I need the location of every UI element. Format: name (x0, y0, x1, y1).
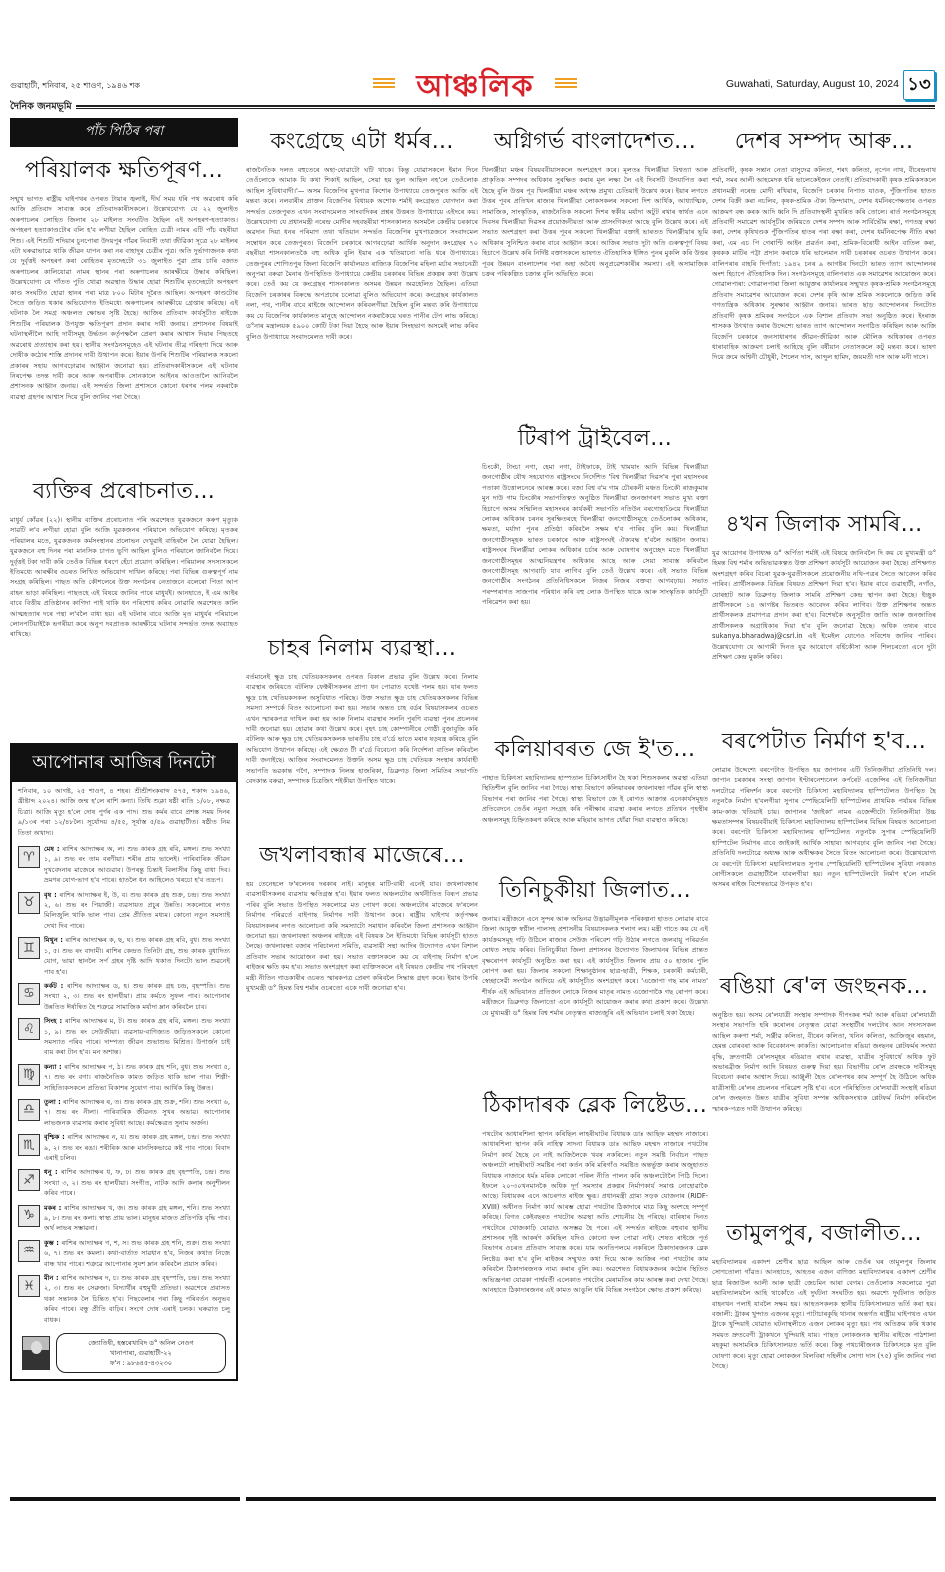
article-four-districts: ৪খন জিলাক সামৰি... যুৱ আয়োগৰ উপাধ্যক্ষ … (712, 507, 936, 718)
sign-name: কন্যা (44, 1063, 56, 1071)
sign-reading: ৰাশিৰ আদ্যাক্ষৰ ৰ, ত। শুভ কাৰক গ্ৰহ শুক্… (44, 1098, 230, 1127)
article-nation-wealth: দেশৰ সম্পদ আৰু... প্ৰতিবাদী, কৃষক সন্তান… (712, 124, 936, 501)
sign-reading: ৰাশিৰ আদ্যাক্ষৰ গ, শ, স। শুভ কাৰক গ্ৰহ শ… (44, 1239, 230, 1268)
sign-text: কৰ্কট : ৰাশিৰ আদ্যাক্ষৰ ড, হ। শুভ কাৰক গ… (44, 981, 230, 1012)
astrologer-address: খানাপাৰা, গুৱাহাটী-২২ (61, 1348, 221, 1358)
article-bangladesh: অগ্নিগৰ্ভ বাংলাদেশত... খিলঞ্জীয়া মঞ্চৰ … (482, 124, 708, 415)
scales-icon: ♎ (18, 1099, 40, 1121)
logo-text: আঞ্চলিক (416, 69, 533, 104)
horoscope-sign: ♐ধনু : ৰাশিৰ আদ্যাক্ষৰ ধ, ফ, ঢ। শুভ কাৰক… (12, 1165, 236, 1200)
horoscope-sign: ♎তুলা : ৰাশিৰ আদ্যাক্ষৰ ৰ, ত। শুভ কাৰক গ… (12, 1095, 236, 1130)
horoscope-sign: ♌সিংহ : ৰাশিৰ আদ্যাক্ষৰ ম, ট। শুভ কাৰক গ… (12, 1014, 236, 1060)
article-congress: কংগ্ৰেছে এটা ধৰ্মৰ... ৰাজনৈতিক দলত বহুতে… (246, 124, 478, 625)
bottom-rule-left (10, 1497, 240, 1501)
article-body: পাহাত চিকিৎসা মহাবিদ্যালয় হাস্পতাল চিকি… (482, 773, 708, 867)
article-body: প্ৰতিবাদী, কৃষক সন্তান নেতা বাসুদেৱ কলিত… (712, 165, 936, 501)
sign-name: মেষ (44, 845, 54, 853)
ram-icon: ♈ (18, 846, 40, 868)
headline: টিৰাপ ট্ৰাইবেল... (482, 421, 708, 458)
masthead: গুৱাহাটী, শনিবাৰ, ২৫ শাওণ, ১৯৪৬ শক আঞ্চল… (10, 70, 935, 112)
sign-name: মিথুন (44, 936, 58, 944)
column-4: দেশৰ সম্পদ আৰু... প্ৰতিবাদী, কৃষক সন্তান… (712, 118, 936, 1483)
sign-reading: ৰাশিৰ আদ্যাক্ষৰ ড, হ। শুভ কাৰক গ্ৰহ চন্দ… (44, 982, 230, 1011)
headline: চাহৰ নিলাম ব্যৱস্থা... (246, 631, 478, 668)
page-number: ১৩ (903, 70, 935, 100)
sign-name: মকৰ (44, 1204, 56, 1212)
brand-divider (10, 105, 935, 109)
brand-name: দৈনিক জনমভূমি (10, 100, 76, 115)
headline: কলিয়াবৰত জে ই'ত... (482, 732, 708, 769)
sign-text: মীন : ৰাশিৰ আদ্যাক্ষৰ দ, চ। শুভ কাৰক গ্ৰ… (44, 1273, 230, 1325)
article-body: চিংকৌ, টাংচা নগা, হেমা নগা, টাইফাকে, টাই… (482, 462, 708, 726)
astrologer-phone: ফ'ন : ৯৮৬৪৫-৪৩২৩০ (61, 1358, 221, 1368)
horoscope-sign: ♋কৰ্কট : ৰাশিৰ আদ্যাক্ষৰ ড, হ। শুভ কাৰক … (12, 979, 236, 1014)
headline: অগ্নিগৰ্ভ বাংলাদেশত... (482, 124, 708, 161)
sign-reading: ৰাশিৰ আদ্যাক্ষৰ খ, জ। শুভ কাৰক গ্ৰহ মঙ্গ… (44, 1204, 230, 1233)
article-body: মাধুৰ্য কোঁৱৰ (২২)। স্থানীয় ব্যক্তিৰ প্… (10, 515, 238, 735)
sign-text: মকৰ : ৰাশিৰ আদ্যাক্ষৰ খ, জ। শুভ কাৰক গ্ৰ… (44, 1203, 230, 1234)
horoscope-sign: ♍কন্যা : ৰাশিৰ আদ্যাক্ষৰ প, ঠ। শুভ কাৰক … (12, 1060, 236, 1095)
sign-text: বৃশ্চিক : ৰাশিৰ আদ্যাক্ষৰ ন, য। শুভ কাৰক… (44, 1132, 230, 1163)
horoscope-intro: শনিবাৰ, ১০ আগষ্ট, ২৫ শাওণ, ৪ শহৰ। শ্ৰীশ্… (12, 782, 236, 842)
headline: দেশৰ সম্পদ আৰু... (712, 124, 936, 161)
headline: জখলাবন্ধাৰ মাজেৰে... (246, 838, 478, 875)
horoscope-sign: ♊মিথুন : ৰাশিৰ আদ্যাক্ষৰ ক, ছ, ঘ। শুভ কা… (12, 933, 236, 979)
sign-reading: ৰাশিৰ আদ্যাক্ষৰ ই, উ, ব। শুভ কাৰক গ্ৰহ শ… (44, 891, 230, 930)
sign-reading: ৰাশিৰ আদ্যাক্ষৰ প, ঠ। শুভ কাৰক গ্ৰহ শনি,… (44, 1063, 230, 1092)
water-bearer-icon: ♒ (18, 1240, 40, 1262)
logo-left-bars-icon (373, 78, 395, 88)
archer-icon: ♐ (18, 1169, 40, 1191)
headline: ৪খন জিলাক সামৰি... (712, 507, 936, 544)
horoscope-sign: ♉বৃষ : ৰাশিৰ আদ্যাক্ষৰ ই, উ, ব। শুভ কাৰক… (12, 888, 236, 934)
article-body: খিলঞ্জীয়া মঞ্চৰ বিষয়ববীয়াসকলে অংশগ্ৰহ… (482, 165, 708, 415)
scorpion-icon: ♏ (18, 1134, 40, 1156)
article-kaliabor-je: কলিয়াবৰত জে ই'ত... পাহাত চিকিৎসা মহাবিদ… (482, 732, 708, 867)
horoscope-sign: ♏বৃশ্চিক : ৰাশিৰ আদ্যাক্ষৰ ন, য। শুভ কাৰ… (12, 1130, 236, 1165)
logo-right-bars-icon (555, 78, 577, 88)
headline: তামুলপুৰ, বজালীত... (712, 1216, 936, 1253)
article-compensation: পৰিয়ালক ক্ষতিপূৰণ... সন্মুখ ভাগত ৰাষ্ট্… (10, 153, 238, 468)
article-body: ৰাজনৈতিক দলত বহুতেৰে অহা-যোৱাটো ঘটি থাকে… (246, 165, 478, 625)
sign-reading: ৰাশিৰ আদ্যাক্ষৰ ক, ছ, ঘ। শুভ কাৰক গ্ৰহ ৰ… (44, 936, 230, 975)
date-english: Guwahati, Saturday, August 10, 2024 (726, 78, 899, 90)
sign-reading: ৰাশিৰ আদ্যাক্ষৰ দ, চ। শুভ কাৰক গ্ৰহ বৃহস… (44, 1274, 230, 1324)
headline: ব্যক্তিৰ প্ৰৰোচনাত... (10, 474, 238, 511)
astrologer-card: জ্যোতিষী, হস্তৰেখাবিদ ড° অনিল নেওগ খানাপ… (56, 1333, 226, 1373)
maiden-icon: ♍ (18, 1064, 40, 1086)
column-3: অগ্নিগৰ্ভ বাংলাদেশত... খিলঞ্জীয়া মঞ্চৰ … (482, 118, 708, 1429)
sign-name: কুম্ভ (44, 1239, 54, 1247)
sign-name: কৰ্কট (44, 982, 57, 990)
date-local: গুৱাহাটী, শনিবাৰ, ২৫ শাওণ, ১৯৪৬ শক (10, 80, 140, 93)
brand-line: দৈনিক জনমভূমি (10, 100, 935, 114)
sign-text: কুম্ভ : ৰাশিৰ আদ্যাক্ষৰ গ, শ, স। শুভ কাৰ… (44, 1238, 230, 1269)
astrologer-photo (22, 1336, 50, 1370)
article-tirap-tribal: টিৰাপ ট্ৰাইবেল... চিংকৌ, টাংচা নগা, হেমা… (482, 421, 708, 726)
horoscope-title: আপোনাৰ আজিৰ দিনটো (12, 745, 236, 782)
horoscope-sign: ♒কুম্ভ : ৰাশিৰ আদ্যাক্ষৰ গ, শ, স। শুভ কা… (12, 1236, 236, 1271)
article-body: পথটোৰ আধাৰশিলা স্থাপন কৰিছিল লাহৰীঘাটৰ ব… (482, 1129, 708, 1429)
article-body: অনুষ্ঠিত হয়। অসম ৰে'লযাত্ৰী সংস্থাৰ সম্… (712, 1010, 936, 1210)
headline: পৰিয়ালক ক্ষতিপূৰণ... (10, 153, 238, 190)
sign-text: কন্যা : ৰাশিৰ আদ্যাক্ষৰ প, ঠ। শুভ কাৰক গ… (44, 1062, 230, 1093)
bull-icon: ♉ (18, 892, 40, 914)
headline: তিনিচুকীয়া জিলাত... (482, 873, 708, 910)
article-body: হয় তেনেহলে ফ'ৰলেনৰ দৰকাৰ নাই। মানুহৰ মা… (246, 879, 478, 1519)
article-body: সন্মুখ ভাগত ৰাষ্ট্ৰীয় ঘাইপথৰ ওপৰত টায়া… (10, 194, 238, 468)
headline: ঠিকাদাৰক ব্লেক লিষ্টেড... (482, 1088, 708, 1125)
column-2: কংগ্ৰেছে এটা ধৰ্মৰ... ৰাজনৈতিক দলত বহুতে… (246, 118, 478, 1519)
article-instigation: ব্যক্তিৰ প্ৰৰোচনাত... মাধুৰ্য কোঁৱৰ (২২)… (10, 474, 238, 735)
sign-text: ধনু : ৰাশিৰ আদ্যাক্ষৰ ধ, ফ, ঢ। শুভ কাৰক … (44, 1167, 230, 1198)
astrologer-credit: জ্যোতিষী, হস্তৰেখাবিদ ড° অনিল নেওগ খানাপ… (12, 1327, 236, 1373)
sign-reading: ৰাশিৰ আদ্যাক্ষৰ ন, য। শুভ কাৰক গ্ৰহ মঙ্গ… (44, 1133, 230, 1162)
article-rangia-junction: ৰঙিয়া ৰে'ল জংছনক... অনুষ্ঠিত হয়। অসম ৰ… (712, 969, 936, 1210)
sign-text: বৃষ : ৰাশিৰ আদ্যাক্ষৰ ই, উ, ব। শুভ কাৰক … (44, 890, 230, 932)
article-body: বৰ্তমানেই ক্ষুদ্ৰ চাহ খেতিয়কসকলৰ ওপৰত ব… (246, 672, 478, 832)
sign-reading: ৰাশিৰ আদ্যাক্ষৰ ধ, ফ, ঢ। শুভ কাৰক গ্ৰহ ব… (44, 1168, 230, 1197)
goat-icon: ♑ (18, 1205, 40, 1227)
sign-text: মিথুন : ৰাশিৰ আদ্যাক্ষৰ ক, ছ, ঘ। শুভ কাৰ… (44, 935, 230, 977)
bottom-rule-right (246, 1497, 936, 1501)
sign-name: ধনু (44, 1168, 52, 1176)
sign-reading: ৰাশিৰ আদ্যাক্ষৰ ম, ট। শুভ কাৰক গ্ৰহ ৰবি,… (44, 1017, 230, 1056)
horoscope-sign: ♓মীন : ৰাশিৰ আদ্যাক্ষৰ দ, চ। শুভ কাৰক গ্… (12, 1271, 236, 1327)
article-contractor-blacklisted: ঠিকাদাৰক ব্লেক লিষ্টেড... পথটোৰ আধাৰশিলা… (482, 1088, 708, 1429)
section-label: পাঁচ পিঠিৰ পৰা (10, 118, 238, 147)
article-tinsukia: তিনিচুকীয়া জিলাত... জনায়। মন্ত্ৰীজনে এ… (482, 873, 708, 1082)
sign-name: বৃশ্চিক (44, 1133, 59, 1141)
headline: কংগ্ৰেছে এটা ধৰ্মৰ... (246, 124, 478, 161)
article-body: জনায়। মন্ত্ৰীজনে এনে সুন্দৰ আৰু অভিনৱ উ… (482, 914, 708, 1082)
article-body: মহাবিদ্যালয়ৰ একাদশ শ্ৰেণীৰ ছাত্ৰ আছিল আ… (712, 1257, 936, 1483)
sign-text: সিংহ : ৰাশিৰ আদ্যাক্ষৰ ম, ট। শুভ কাৰক গ্… (44, 1016, 230, 1058)
crab-icon: ♋ (18, 983, 40, 1005)
sign-text: তুলা : ৰাশিৰ আদ্যাক্ষৰ ৰ, ত। শুভ কাৰক গ্… (44, 1097, 230, 1128)
astrologer-name: জ্যোতিষী, হস্তৰেখাবিদ ড° অনিল নেওগ (61, 1338, 221, 1348)
article-body: লোৱাৰ উদ্দেশ্যে বৰপেটাত উপস্থিত হয় জাপা… (712, 765, 936, 963)
article-body: যুৱ আয়োগৰ উপাধ্যক্ষ ড° অৰ্পিতা শৰ্মাই এ… (712, 548, 936, 718)
article-barpeta-hospital: বৰপেটাত নিৰ্মাণ হ'ব... লোৱাৰ উদ্দেশ্যে ব… (712, 724, 936, 963)
headline: বৰপেটাত নিৰ্মাণ হ'ব... (712, 724, 936, 761)
lion-icon: ♌ (18, 1018, 40, 1040)
horoscope-box: আপোনাৰ আজিৰ দিনটো শনিবাৰ, ১০ আগষ্ট, ২৫ শ… (10, 743, 238, 1381)
sign-name: তুলা (44, 1098, 56, 1106)
sign-text: মেষ : ৰাশিৰ আদ্যাক্ষৰ অ, ল। শুভ কাৰক গ্ৰ… (44, 844, 230, 886)
fish-icon: ♓ (18, 1275, 40, 1297)
article-tea-auction: চাহৰ নিলাম ব্যৱস্থা... বৰ্তমানেই ক্ষুদ্ৰ… (246, 631, 478, 832)
article-tamulpur-bajali: তামুলপুৰ, বজালীত... মহাবিদ্যালয়ৰ একাদশ … (712, 1216, 936, 1483)
sign-name: সিংহ (44, 1017, 57, 1025)
column-1: পাঁচ পিঠিৰ পৰা পৰিয়ালক ক্ষতিপূৰণ... সন্… (10, 118, 238, 1381)
twins-icon: ♊ (18, 937, 40, 959)
headline: ৰঙিয়া ৰে'ল জংছনক... (712, 969, 936, 1006)
horoscope-sign: ♑মকৰ : ৰাশিৰ আদ্যাক্ষৰ খ, জ। শুভ কাৰক গ্… (12, 1201, 236, 1236)
article-jakhalabandha: জখলাবন্ধাৰ মাজেৰে... হয় তেনেহলে ফ'ৰলেনৰ… (246, 838, 478, 1519)
sign-reading: ৰাশিৰ আদ্যাক্ষৰ অ, ল। শুভ কাৰক গ্ৰহ ৰবি,… (44, 845, 230, 884)
horoscope-sign: ♈মেষ : ৰাশিৰ আদ্যাক্ষৰ অ, ল। শুভ কাৰক গ্… (12, 842, 236, 888)
horoscope-signs: ♈মেষ : ৰাশিৰ আদ্যাক্ষৰ অ, ল। শুভ কাৰক গ্… (12, 842, 236, 1327)
